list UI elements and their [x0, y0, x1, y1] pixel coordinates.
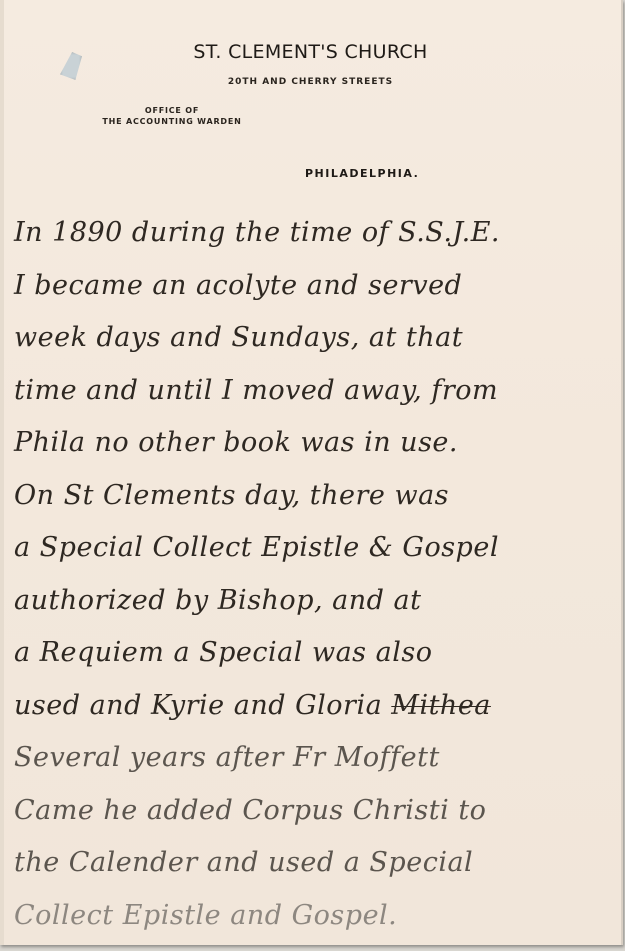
text-line: used and Kyrie and Gloria Mithea	[14, 680, 614, 733]
office-line-1: OFFICE OF	[92, 105, 252, 116]
text-line: Several years after Fr Moffett	[14, 732, 614, 785]
letterhead-title: ST. CLEMENT'S CHURCH	[0, 41, 621, 63]
letterhead-address: 20TH AND CHERRY STREETS	[0, 77, 621, 87]
text-line: I became an acolyte and served	[14, 260, 614, 313]
struck-word: Mithea	[391, 690, 491, 721]
text-line: Phila no other book was in use.	[14, 417, 614, 470]
office-line-2: THE ACCOUNTING WARDEN	[92, 116, 252, 127]
text-line: authorized by Bishop, and at	[14, 575, 614, 628]
letter-page: ST. CLEMENT'S CHURCH 20TH AND CHERRY STR…	[0, 0, 623, 945]
text-line: On St Clements day, there was	[14, 470, 614, 523]
text-line: week days and Sundays, at that	[14, 312, 614, 365]
letterhead-city: PHILADELPHIA.	[305, 167, 419, 180]
text-line: a Requiem a Special was also	[14, 627, 614, 680]
text-line: a Special Collect Epistle & Gospel	[14, 522, 614, 575]
letterhead-office: OFFICE OF THE ACCOUNTING WARDEN	[92, 105, 252, 127]
text-line: the Calender and used a Special	[14, 837, 614, 890]
text-segment: used and Kyrie and Gloria	[14, 690, 382, 721]
text-line: In 1890 during the time of S.S.J.E.	[14, 207, 614, 260]
text-line: Collect Epistle and Gospel.	[14, 890, 614, 943]
text-line: time and until I moved away, from	[14, 365, 614, 418]
handwritten-text: In 1890 during the time of S.S.J.E. I be…	[14, 207, 614, 942]
text-line: Came he added Corpus Christi to	[14, 785, 614, 838]
